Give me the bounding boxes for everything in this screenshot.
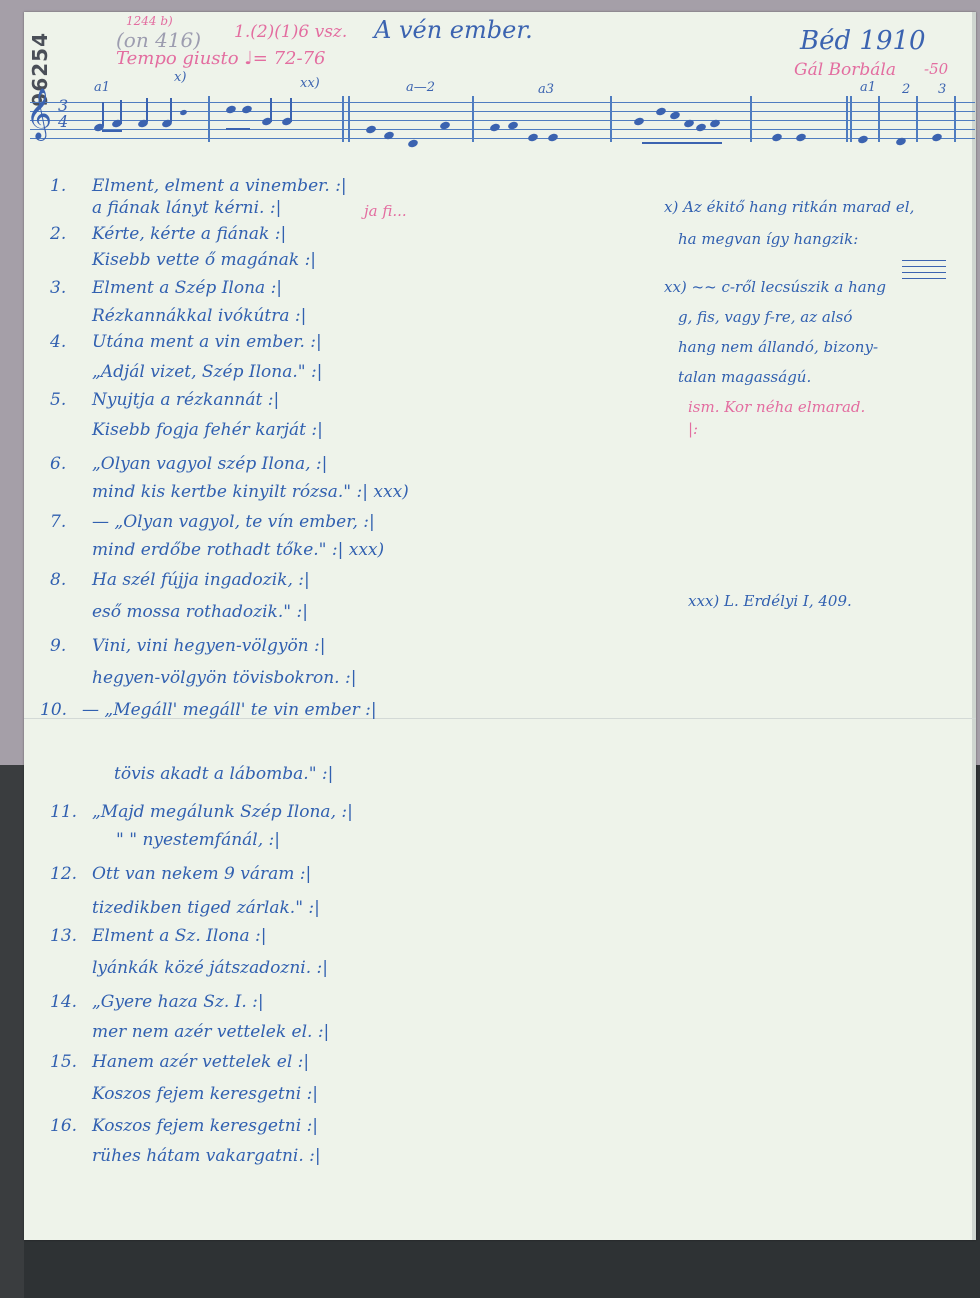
section-label: a1	[860, 80, 876, 95]
verse-10-line-1: 10.— „Megáll' megáll' te vin ember :|	[40, 700, 377, 720]
verse-1-line-1: 1.Elment, elment a vinember. :|	[50, 176, 347, 196]
music-staff: 𝄞 3 4 a1 x) xx) a—2 a3 a1 2 3	[30, 92, 975, 150]
barline	[878, 96, 880, 142]
barline	[850, 96, 852, 142]
verse-15-line-1: 15.Hanem azér vettelek el :|	[50, 1052, 309, 1072]
barline	[954, 96, 956, 142]
footnote-marker: x)	[174, 70, 186, 85]
footnote-xx-line-3: hang nem állandó, bizony-	[678, 338, 878, 356]
time-signature: 3 4	[58, 98, 68, 130]
scan-background-dark	[0, 765, 24, 1298]
barline	[750, 96, 752, 142]
verse-5-line-2: Kisebb fogja fehér karját :|	[92, 420, 323, 440]
barline	[348, 96, 350, 142]
verse-2-line-2: Kisebb vette ő magának :|	[92, 250, 316, 270]
mini-staff-example-icon	[902, 258, 946, 282]
barline	[472, 96, 474, 142]
verse-15-line-2: Koszos fejem keresgetni :|	[92, 1084, 318, 1104]
footnote-x-line-1: x) Az ékitő hang ritkán marad el,	[664, 198, 914, 216]
verse-11-line-2: " " nyestemfánál, :|	[116, 830, 280, 850]
barline	[342, 96, 344, 142]
verse-4-line-1: 4.Utána ment a vin ember. :|	[50, 332, 322, 352]
verse-7-line-1: 7.— „Olyan vagyol, te vín ember, :|	[50, 512, 375, 532]
section-label: 3	[938, 82, 946, 97]
barline	[846, 96, 848, 142]
verse-4-line-2: „Adjál vizet, Szép Ilona." :|	[92, 362, 322, 382]
verse-13-line-2: lyánkák közé játszadozni. :|	[92, 958, 328, 978]
place-year: Béd 1910	[800, 26, 926, 56]
pink-repeat-note: ism. Kor néha elmarad.	[688, 398, 865, 416]
song-title: A vén ember.	[374, 16, 533, 44]
verse-12-line-1: 12.Ott van nekem 9 váram :|	[50, 864, 311, 884]
barline	[916, 96, 918, 142]
section-label: a3	[538, 82, 554, 97]
barline	[208, 96, 210, 142]
verse-ref: 1.(2)(1)6 vsz.	[234, 22, 347, 42]
barline	[610, 96, 612, 142]
catalog-ref-pink: 1244 b)	[126, 14, 173, 28]
verse-8-line-2: eső mossa rothadozik." :|	[92, 602, 308, 622]
footnote-xx-line-2: g, fis, vagy f-re, az alsó	[678, 308, 852, 326]
pink-repeat-mark: |:	[688, 420, 698, 438]
verse-8-line-1: 8.Ha szél fújja ingadozik, :|	[50, 570, 310, 590]
verse-3-line-1: 3.Elment a Szép Ilona :|	[50, 278, 282, 298]
verse-6-line-1: 6.„Olyan vagyol szép Ilona, :|	[50, 454, 327, 474]
verse-5-line-1: 5.Nyujtja a rézkannát :|	[50, 390, 279, 410]
verse-14-line-2: mer nem azér vettelek el. :|	[92, 1022, 329, 1042]
verse-9-line-2: hegyen-völgyön tövisbokron. :|	[92, 668, 356, 688]
verse-14-line-1: 14.„Gyere haza Sz. I. :|	[50, 992, 264, 1012]
footnote-xx-line-1: xx) ~~ c-ről lecsúszik a hang	[664, 278, 886, 296]
verse-16-line-1: 16.Koszos fejem keresgetni :|	[50, 1116, 318, 1136]
verse-11-line-1: 11.„Majd megálunk Szép Ilona, :|	[50, 802, 353, 822]
section-label: a1	[94, 80, 110, 95]
footnote-x-line-2: ha megvan így hangzik:	[678, 230, 858, 248]
verse-9-line-1: 9.Vini, vini hegyen-völgyön :|	[50, 636, 326, 656]
verse-10-line-2: tövis akadt a lábomba." :|	[114, 764, 333, 784]
verse-1-line-2: a fiának lányt kérni. :|	[92, 198, 281, 218]
verse-3-line-2: Rézkannákkal ivókútra :|	[92, 306, 306, 326]
verse-16-line-2: rühes hátam vakargatni. :|	[92, 1146, 321, 1166]
section-label: 2	[902, 82, 910, 97]
footnote-xx-line-4: talan magasságú.	[678, 368, 811, 386]
page-edge	[972, 12, 976, 1240]
footnote-xxx: xxx) L. Erdélyi I, 409.	[688, 592, 852, 610]
footnote-marker: xx)	[300, 76, 320, 91]
verse-12-line-2: tizedikben tiged zárlak." :|	[92, 898, 320, 918]
verse-7-line-2: mind erdőbe rothadt tőke." :| xxx)	[92, 540, 384, 560]
singer-age: -50	[924, 60, 948, 78]
section-label: a—2	[406, 80, 435, 95]
verse-2-line-1: 2.Kérte, kérte a fiának :|	[50, 224, 286, 244]
verse-6-line-2: mind kis kertbe kinyilt rózsa." :| xxx)	[92, 482, 409, 502]
treble-clef-icon: 𝄞	[26, 88, 52, 139]
manuscript-page: 96254 1244 b) (on 416) 1.(2)(1)6 vsz. Te…	[24, 12, 976, 1240]
tempo-marking: Tempo giusto ♩= 72-76	[116, 48, 326, 69]
verse-13-line-1: 13.Elment a Sz. Ilona :|	[50, 926, 267, 946]
singer-name: Gál Borbála	[794, 60, 896, 80]
verse-1-pink-note: ja fi...	[364, 202, 407, 220]
